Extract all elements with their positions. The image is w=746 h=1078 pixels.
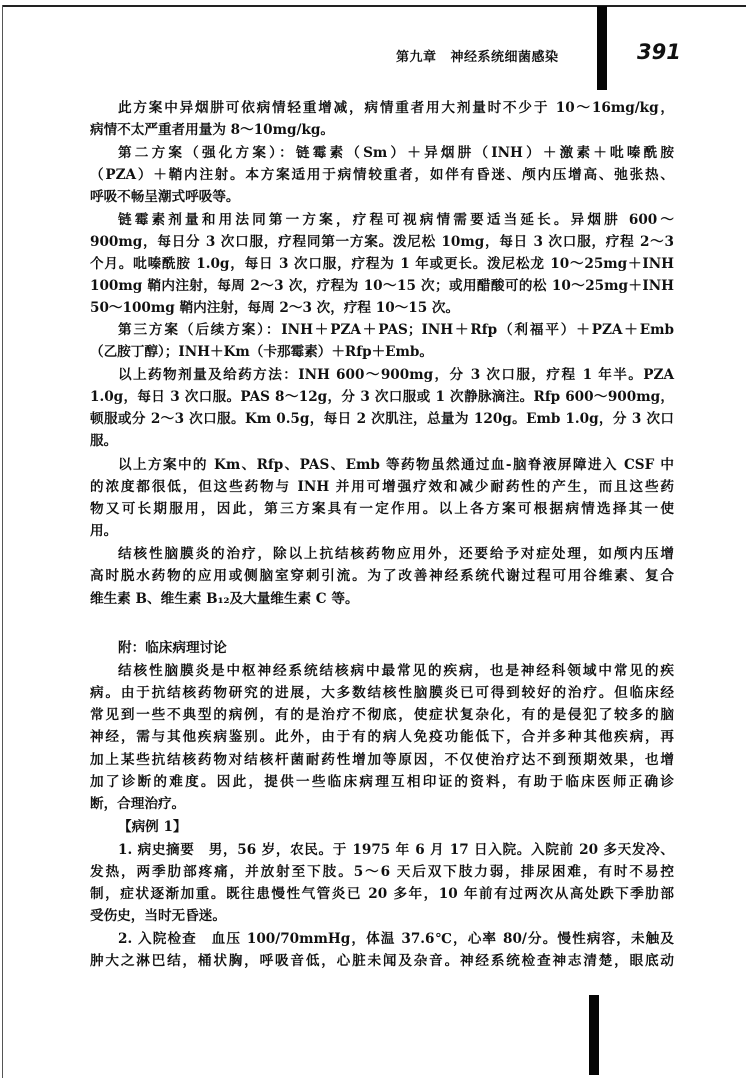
text-line: 第三方案（后续方案）：INH＋PZA＋PAS；INH＋Rfp（利福平）＋PZA＋… — [118, 321, 674, 339]
text-line: 第二方案（强化方案）：链霉素（Sm）＋异烟肼（INH）＋激素＋吡嗪酰胺 — [118, 144, 674, 162]
text-line: 断，合理治疗。 — [90, 795, 674, 813]
text-line: 顿服或分 2～3 次口服。Km 0.5g，每日 2 次肌注，总量为 120g。E… — [90, 410, 674, 428]
text-line: 结核性脑膜炎的治疗，除以上抗结核药物应用外，还要给予对症处理，如颅内压增 — [118, 545, 674, 563]
text-line: （PZA）＋鞘内注射。本方案适用于病情较重者，如伴有昏迷、颅内压增高、弛张热、 — [90, 166, 674, 184]
text-line: 以上方案中的 Km、Rfp、PAS、Emb 等药物虽然通过血-脑脊液屏障进入 C… — [118, 456, 674, 474]
text-line: 以上药物剂量及给药方法：INH 600～900mg，分 3 次口服，疗程 1 年… — [118, 366, 674, 384]
text-line: 结核性脑膜炎是中枢神经系统结核病中最常见的疾病，也是神经科领域中常见的疾 — [118, 662, 674, 680]
text-line: 个月。吡嗪酰胺 1.0g，每日 3 次口服，疗程为 1 年或更长。泼尼松龙 10… — [90, 255, 674, 273]
text-line: 链霉素剂量和用法同第一方案，疗程可视病情需要适当延长。异烟肼 600～ — [118, 211, 674, 229]
page-left-edge — [2, 5, 3, 1078]
text-line: 呼吸不畅呈潮式呼吸等。 — [90, 188, 674, 206]
page-top-rule — [2, 5, 746, 7]
text-line: 2. 入院检查 血压 100/70mmHg，体温 37.6℃，心率 80/分。慢… — [118, 930, 674, 948]
text-line: 发热，两季肋部疼痛，并放射至下肢。5～6 天后双下肢力弱，排尿困难，有时不易控 — [90, 863, 674, 881]
text-line: 的浓度都很低，但这些药物与 INH 并用可增强疗效和减少耐药性的产生，而且这些药 — [90, 478, 674, 496]
text-line: 100mg 鞘内注射，每周 2～3 次，疗程为 10～15 次；或用醋酸可的松 … — [90, 277, 674, 295]
text-line: 受伤史，当时无昏迷。 — [90, 907, 674, 925]
text-line: 肿大之淋巴结，桶状胸，呼吸音低，心脏未闻及杂音。神经系统检查神志清楚，眼底动 — [90, 952, 674, 970]
text-line: 1.0g，每日 3 次口服。PAS 8～12g，分 3 次口服或 1 次静脉滴注… — [90, 388, 674, 406]
chapter-title: 神经系统细菌感染 — [451, 50, 559, 65]
text-line: 用。 — [90, 522, 674, 540]
text-line: 此方案中异烟肼可依病情轻重增减，病情重者用大剂量时不少于 10～16mg/kg， — [118, 99, 674, 117]
text-line: 神经，需与其他疾病鉴别。此外，由于有的病人免疫功能低下，合并多种其他疾病，再 — [90, 728, 674, 746]
page-number: 391 — [637, 40, 681, 64]
running-head: 第九章神经系统细菌感染 — [396, 46, 559, 65]
text-line: （乙胺丁醇）；INH＋Km（卡那霉素）＋Rfp＋Emb。 — [90, 343, 674, 361]
text-line: 50～100mg 鞘内注射，每周 2～3 次，疗程 10～15 次。 — [90, 299, 674, 317]
text-line: 制，症状逐渐加重。既往患慢性气管炎已 20 多年，10 年前有过两次从高处跌下季… — [90, 885, 674, 903]
appendix-heading: 附：临床病理讨论 — [118, 639, 227, 657]
chapter-label: 第九章 — [396, 50, 437, 65]
case-title: 【病例 1】 — [118, 818, 187, 836]
text-line: 900mg，每日分 3 次口服，疗程同第一方案。泼尼松 10mg，每日 3 次口… — [90, 233, 674, 251]
text-line: 服。 — [90, 432, 674, 450]
thumb-index-bar-bottom — [589, 995, 599, 1075]
text-line: 病。由于抗结核药物研究的进展，大多数结核性脑膜炎已可得到较好的治疗。但临床经 — [90, 684, 674, 702]
text-line: 常见到一些不典型的病例，有的是治疗不彻底，使症状复杂化，有的是侵犯了较多的脑 — [90, 706, 674, 724]
text-line: 加了诊断的难度。因此，提供一些临床病理互相印证的资料，有助于临床医师正确诊 — [90, 773, 674, 791]
text-line: 病情不太严重者用量为 8～10mg/kg。 — [90, 121, 674, 139]
text-line: 加上某些抗结核药物对结核杆菌耐药性增加等原因，不仅使治疗达不到预期效果，也增 — [90, 751, 674, 769]
thumb-index-bar-top — [597, 6, 607, 90]
text-line: 物又可长期服用，因此，第三方案具有一定作用。以上各方案可根据病情选择其一使 — [90, 500, 674, 518]
text-line: 维生素 B、维生素 B₁₂及大量维生素 C 等。 — [90, 590, 674, 608]
text-line: 1. 病史摘要 男，56 岁，农民。于 1975 年 6 月 17 日入院。入院… — [118, 841, 674, 859]
text-line: 高时脱水药物的应用或侧脑室穿刺引流。为了改善神经系统代谢过程可用谷维素、复合 — [90, 567, 674, 585]
